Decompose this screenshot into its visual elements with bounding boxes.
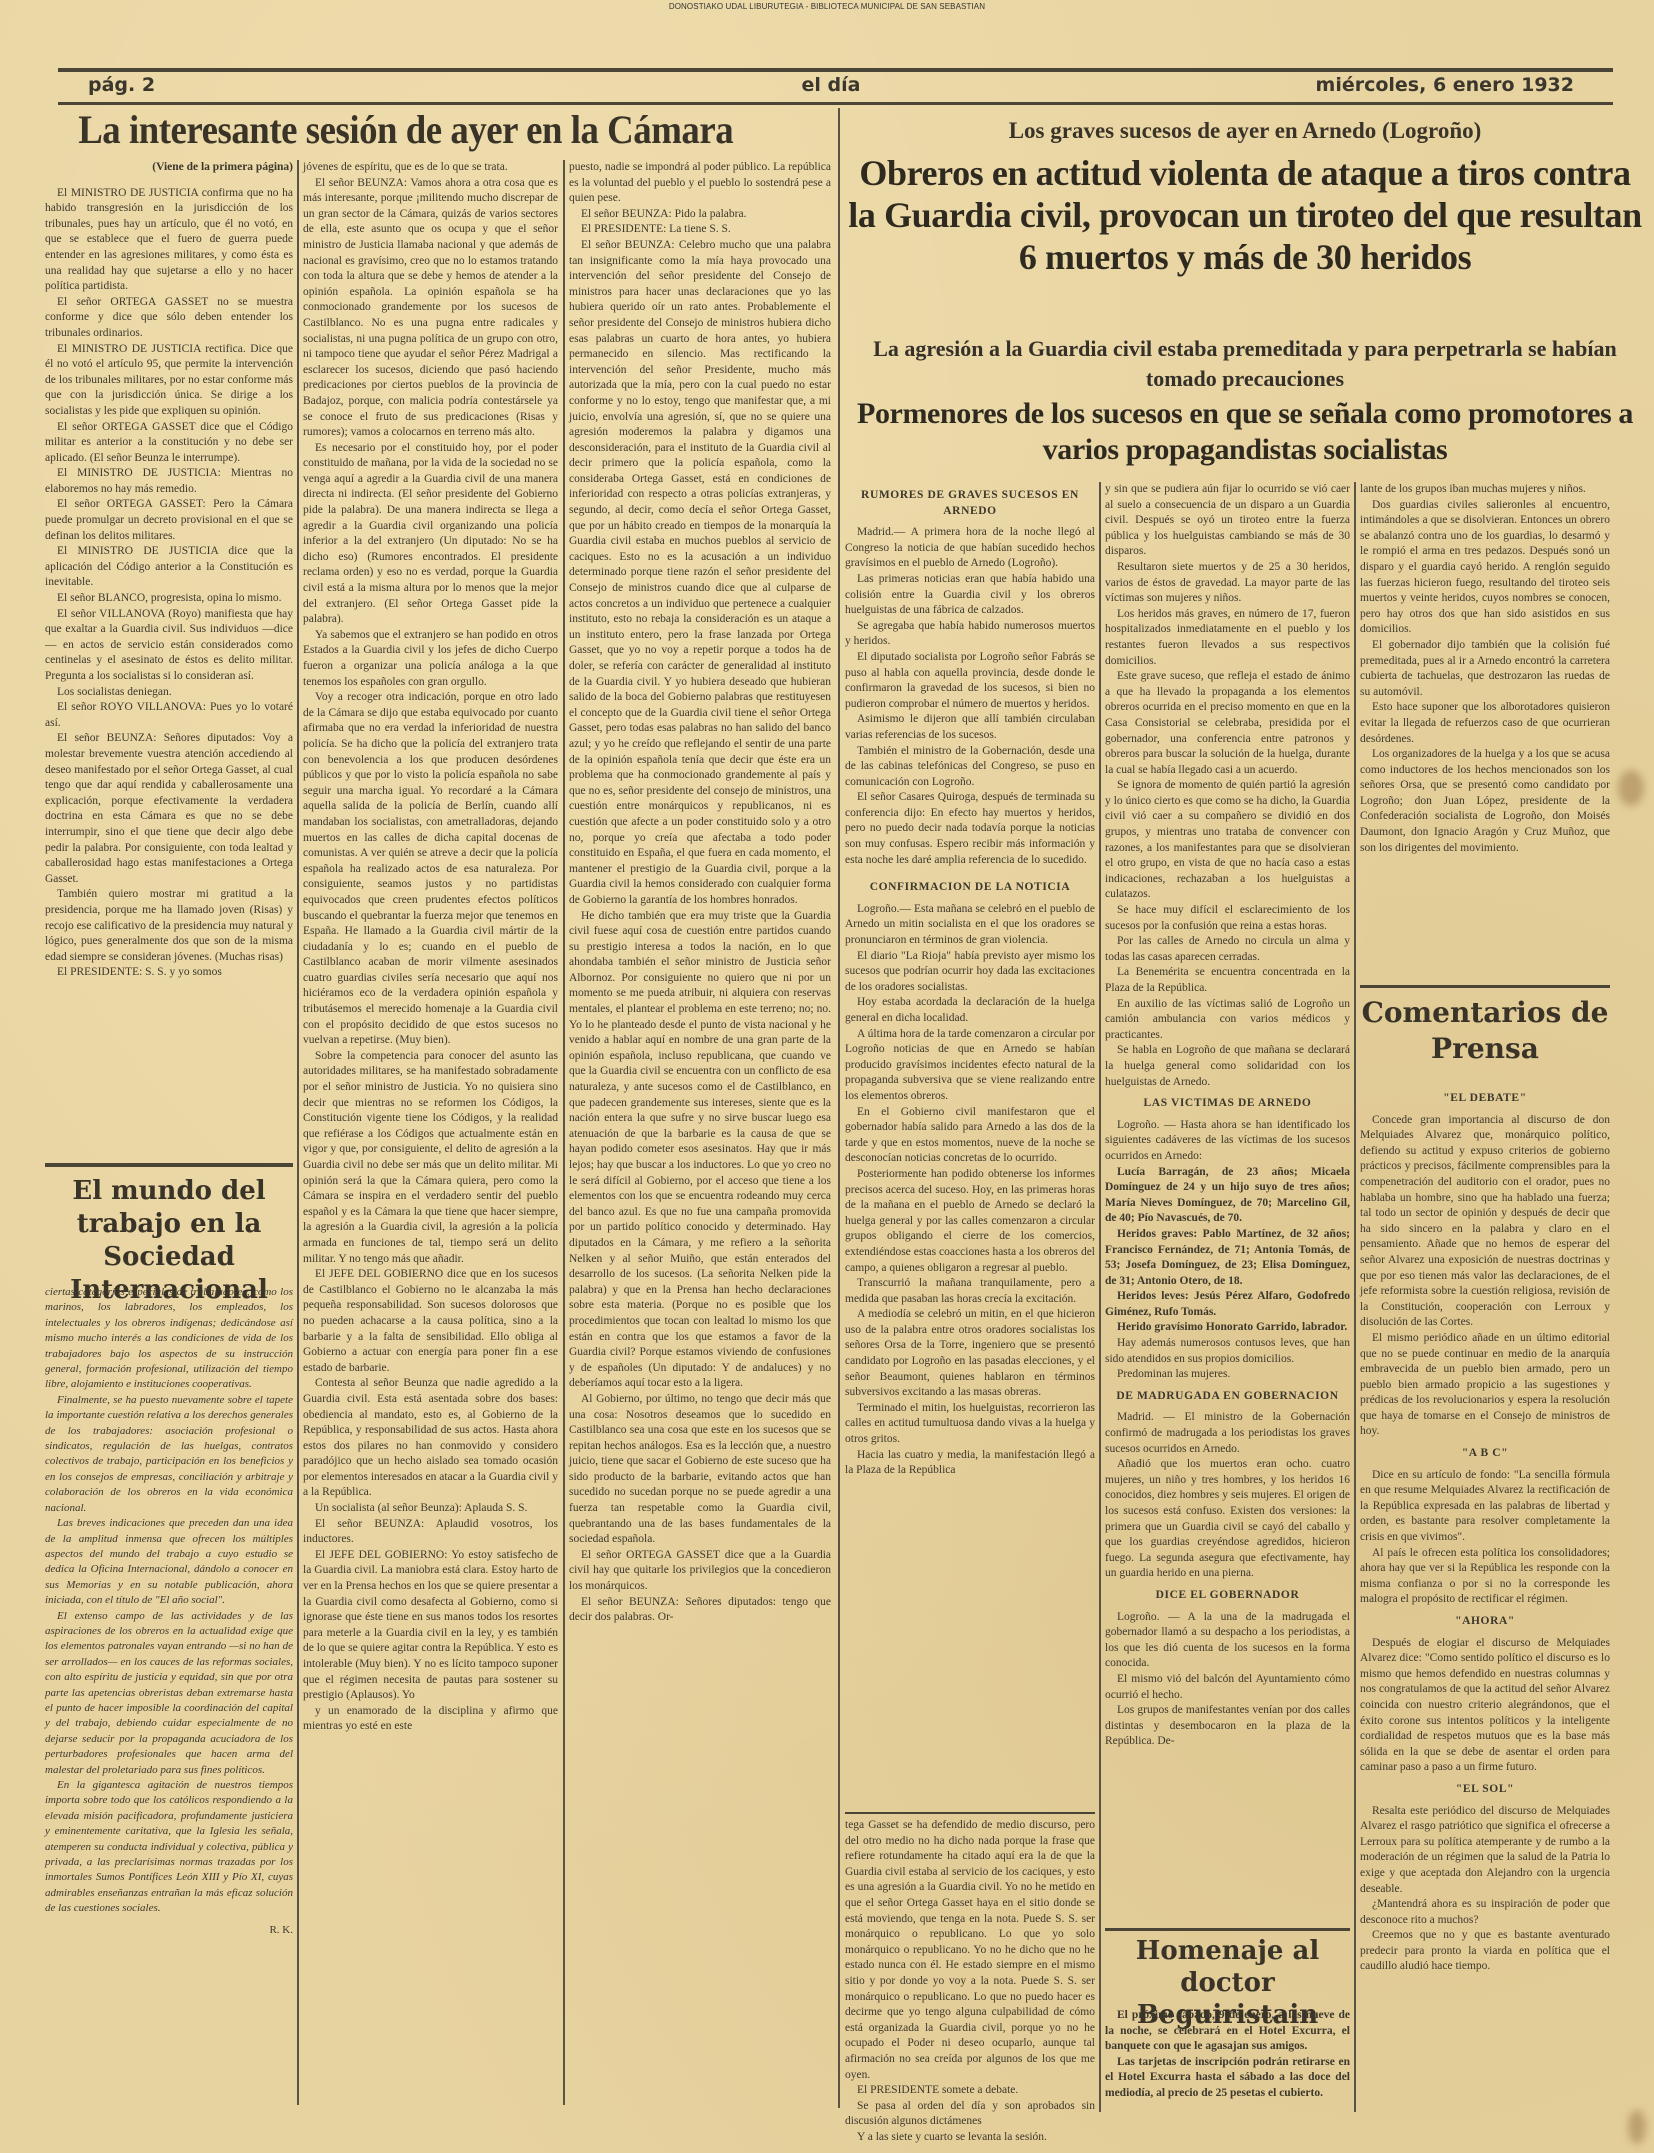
paragraph: El PRESIDENTE: La tiene S. S. [569,222,831,238]
trabajo-top-rule [45,1163,293,1167]
paragraph: He dicho también que era muy triste que … [569,909,831,1392]
tail-rule [845,1812,1095,1814]
paragraph: El señor BEUNZA: Señores diputados: Voy … [45,731,293,887]
paragraph: Sobre la competencia para conocer del as… [303,1049,558,1267]
comentarios-top-rule [1360,985,1610,988]
paragraph: El señor BEUNZA: Vamos ahora a otra cosa… [303,176,558,441]
paragraph: En la gigantesca agitación de nuestros t… [45,1778,293,1917]
paragraph: El próximo sábado, 9 de enero, a las nue… [1105,2008,1350,2055]
paragraph: jóvenes de espíritu, que es de lo que se… [303,160,558,176]
arnedo-column-2: y sin que se pudiera aún fijar lo ocurri… [1105,482,1350,1750]
paragraph: Se habla en Logroño de que mañana se dec… [1105,1043,1350,1090]
paragraph: Los heridos más graves, en número de 17,… [1105,607,1350,669]
paragraph: Hoy estaba acordada la declaración de la… [845,995,1095,1026]
camara-column-3: puesto, nadie se impondrá al poder públi… [569,160,831,1626]
paragraph: Concede gran importancia al discurso de … [1360,1113,1610,1331]
arnedo-subheadline-2: Pormenores de los sucesos en que se seña… [845,396,1645,468]
paragraph: El señor VILLANOVA (Royo) manifiesta que… [45,607,293,685]
paragraph: Resalta este periódico del discurso de M… [1360,1804,1610,1898]
paragraph: Madrid. — El ministro de la Gobernación … [1105,1410,1350,1457]
arnedo-column-3: lante de los grupos iban muchas mujeres … [1360,482,1610,856]
paragraph: Logroño.— Esta mañana se celebró en el p… [845,902,1095,949]
paragraph: puesto, nadie se impondrá al poder públi… [569,160,831,207]
paragraph: Resultaron siete muertos y de 25 a 30 he… [1105,560,1350,607]
archive-label: DONOSTIAKO UDAL LIBURUTEGIA - BIBLIOTECA… [0,2,1654,11]
paragraph: Los grupos de manifestantes venían por d… [1105,1703,1350,1750]
paragraph: El MINISTRO DE JUSTICIA dice que la apli… [45,544,293,591]
paragraph: Un socialista (al señor Beunza): Aplauda… [303,1501,558,1517]
paragraph: El PRESIDENTE somete a debate. [845,2083,1095,2099]
camara-column-1: (Viene de la primera página) El MINISTRO… [45,160,293,981]
paragraph: Posteriormente han podido obtenerse los … [845,1167,1095,1276]
paragraph: Después de elogiar el discurso de Melqui… [1360,1636,1610,1776]
column-divider [563,160,565,2105]
paragraph: tega Gasset se ha defendido de medio dis… [845,1818,1095,2083]
paragraph: Es necesario por el constituido hoy, por… [303,441,558,628]
paragraph: Por las calles de Arnedo no circula un a… [1105,934,1350,965]
paragraph: Asimismo le dijeron que allí también cir… [845,712,1095,743]
press-source: "EL SOL" [1360,1782,1610,1798]
arnedo-headline: Obreros en actitud violenta de ataque a … [845,152,1645,278]
paragraph: Transcurrió la mañana tranquilamente, pe… [845,1276,1095,1307]
paragraph: En el Gobierno civil manifestaron que el… [845,1105,1095,1167]
paragraph: Se ignora de momento de quién partió la … [1105,778,1350,903]
paragraph: Creemos que no y que es bastante aventur… [1360,1928,1610,1975]
paper-stain [1628,2110,1646,2144]
paragraph: Terminado el mitin, los huelguistas, rec… [845,1401,1095,1448]
paragraph: También el ministro de la Gobernación, d… [845,744,1095,791]
paragraph: El señor ORTEGA GASSET no se muestra con… [45,295,293,342]
paragraph: Voy a recoger otra indicación, porque en… [303,690,558,1049]
paragraph: En auxilio de las víctimas salió de Logr… [1105,997,1350,1044]
paper-stain [1618,770,1644,806]
paragraph: y un enamorado de la disciplina y afirmo… [303,1704,558,1735]
paragraph: Esto hace suponer que los alborotadores … [1360,700,1610,747]
paragraph: El MINISTRO DE JUSTICIA rectifica. Dice … [45,342,293,420]
column-divider [1354,482,1356,2112]
arnedo-column-1: RUMORES DE GRAVES SUCESOS EN ARNEDO Madr… [845,482,1095,1479]
paragraph: Finalmente, se ha puesto nuevamente sobr… [45,1393,293,1516]
paragraph: Heridos leves: Jesús Pérez Alfaro, Godof… [1105,1289,1350,1320]
paragraph: Logroño. — Hasta ahora se han identifica… [1105,1118,1350,1165]
paragraph: ciertas categorías especiales de trabaja… [45,1285,293,1393]
newspaper-page: DONOSTIAKO UDAL LIBURUTEGIA - BIBLIOTECA… [0,0,1654,2153]
paragraph: El señor BEUNZA: Pido la palabra. [569,207,831,223]
section-heading: DICE EL GOBERNADOR [1105,1588,1350,1604]
paragraph: El JEFE DEL GOBIERNO: Yo estoy satisfech… [303,1548,558,1704]
press-source: "EL DEBATE" [1360,1091,1610,1107]
paragraph: El señor BEUNZA: Aplaudid vosotros, los … [303,1517,558,1548]
paragraph: Al país le ofrecen esta política los con… [1360,1546,1610,1608]
signature: R. K. [45,1923,293,1938]
paragraph: El diario "La Rioja" había previsto ayer… [845,949,1095,996]
issue-date: miércoles, 6 enero 1932 [1316,74,1574,96]
paragraph: Dice en su artículo de fondo: "La sencil… [1360,1468,1610,1546]
paragraph: El señor Casares Quiroga, después de ter… [845,790,1095,868]
paragraph: El señor ROYO VILLANOVA: Pues yo lo vota… [45,700,293,731]
paragraph: Al Gobierno, por último, no tengo que de… [569,1392,831,1548]
masthead-bottom-rule [58,102,1613,105]
paragraph: Los socialistas deniegan. [45,685,293,701]
masthead-top-rule [58,68,1613,72]
paragraph: Ya sabemos que el extranjero se han podi… [303,628,558,690]
section-heading: LAS VICTIMAS DE ARNEDO [1105,1096,1350,1112]
section-heading: RUMORES DE GRAVES SUCESOS EN ARNEDO [845,488,1095,519]
paragraph: Predominan las mujeres. [1105,1367,1350,1383]
paragraph: El señor ORTEGA GASSET dice que a la Gua… [569,1548,831,1595]
camara-tail: tega Gasset se ha defendido de medio dis… [845,1818,1095,2145]
paragraph: Hacia las cuatro y media, la manifestaci… [845,1448,1095,1479]
paragraph: Se agregaba que había habido numerosos m… [845,619,1095,650]
paragraph: A mediodía se celebró un mitin, en el qu… [845,1307,1095,1401]
paragraph: Contesta al señor Beunza que nadie agred… [303,1376,558,1501]
paragraph: El mismo vió del balcón del Ayuntamiento… [1105,1672,1350,1703]
paragraph: Las tarjetas de inscripción podrán retir… [1105,2055,1350,2102]
trabajo-body: ciertas categorías especiales de trabaja… [45,1285,293,1938]
paragraph: Dos guardias civiles salieronles al encu… [1360,498,1610,638]
paragraph: Herido gravísimo Honorato Garrido, labra… [1105,1320,1350,1336]
paragraph: El MINISTRO DE JUSTICIA confirma que no … [45,186,293,295]
paragraph: Y a las siete y cuarto se levanta la ses… [845,2130,1095,2146]
arnedo-subheadline: La agresión a la Guardia civil estaba pr… [845,334,1645,394]
camara-column-2: jóvenes de espíritu, que es de lo que se… [303,160,558,1735]
paragraph: El señor BEUNZA: Señores diputados: teng… [569,1595,831,1626]
paragraph: ¿Mantendrá ahora es su inspiración de po… [1360,1897,1610,1928]
comentarios-headline: Comentarios de Prensa [1360,995,1610,1067]
paragraph: Se hace muy difícil el esclarecimiento d… [1105,903,1350,934]
paragraph: El señor ORTEGA GASSET dice que el Códig… [45,420,293,467]
paragraph: y sin que se pudiera aún fijar lo ocurri… [1105,482,1350,560]
paragraph: El mismo periódico añade en un último ed… [1360,1331,1610,1440]
paragraph: El señor BEUNZA: Celebro mucho que una p… [569,238,831,909]
column-divider [1099,482,1101,2112]
paragraph: Logroño. — A la una de la madrugada el g… [1105,1610,1350,1672]
masthead: pág. 2 el día miércoles, 6 enero 1932 [88,74,1574,100]
paragraph: El PRESIDENTE: S. S. y yo somos [45,965,293,981]
paragraph: El señor ORTEGA GASSET: Pero la Cámara p… [45,497,293,544]
paragraph: También quiero mostrar mi gratitud a la … [45,887,293,965]
continued-note: (Viene de la primera página) [45,160,293,176]
center-divider [838,108,840,2108]
paragraph: Hay además numerosos contusos leves, que… [1105,1336,1350,1367]
paragraph: Se pasa al orden del día y son aprobados… [845,2099,1095,2130]
homenaje-body: El próximo sábado, 9 de enero, a las nue… [1105,2008,1350,2102]
paragraph: Las primeras noticias eran que había hab… [845,572,1095,619]
paragraph: Heridos graves: Pablo Martínez, de 32 añ… [1105,1227,1350,1289]
paragraph: lante de los grupos iban muchas mujeres … [1360,482,1610,498]
arnedo-kicker: Los graves sucesos de ayer en Arnedo (Lo… [845,118,1645,144]
section-heading: DE MADRUGADA EN GOBERNACION [1105,1389,1350,1405]
paragraph: La Benemérita se encuentra concentrada e… [1105,965,1350,996]
paragraph: Lucía Barragán, de 23 años; Micaela Domí… [1105,1165,1350,1227]
press-source: "AHORA" [1360,1614,1610,1630]
paragraph: Las breves indicaciones que preceden dan… [45,1516,293,1608]
paragraph: Añadió que los muertos eran ocho. cuatro… [1105,1457,1350,1582]
paragraph: El JEFE DEL GOBIERNO dice que en los suc… [303,1267,558,1376]
comentarios-body: "EL DEBATE" Concede gran importancia al … [1360,1085,1610,1975]
paragraph: El extenso campo de las actividades y de… [45,1609,293,1778]
paragraph: El gobernador dijo también que la colisi… [1360,638,1610,700]
column-divider [297,160,299,2105]
paragraph: Los organizadores de la huelga y a los q… [1360,747,1610,856]
homenaje-top-rule [1105,1928,1350,1931]
paragraph: El diputado socialista por Logroño señor… [845,650,1095,712]
section-heading: CONFIRMACION DE LA NOTICIA [845,880,1095,896]
press-source: "A B C" [1360,1446,1610,1462]
paragraph: Madrid.— A primera hora de la noche lleg… [845,525,1095,572]
paragraph: Este grave suceso, que refleja el estado… [1105,669,1350,778]
camara-headline: La interesante sesión de ayer en la Cáma… [40,106,771,153]
paragraph: El MINISTRO DE JUSTICIA: Mientras no ela… [45,466,293,497]
paragraph: El señor BLANCO, progresista, opina lo m… [45,591,293,607]
paragraph: A última hora de la tarde comenzaron a c… [845,1027,1095,1105]
